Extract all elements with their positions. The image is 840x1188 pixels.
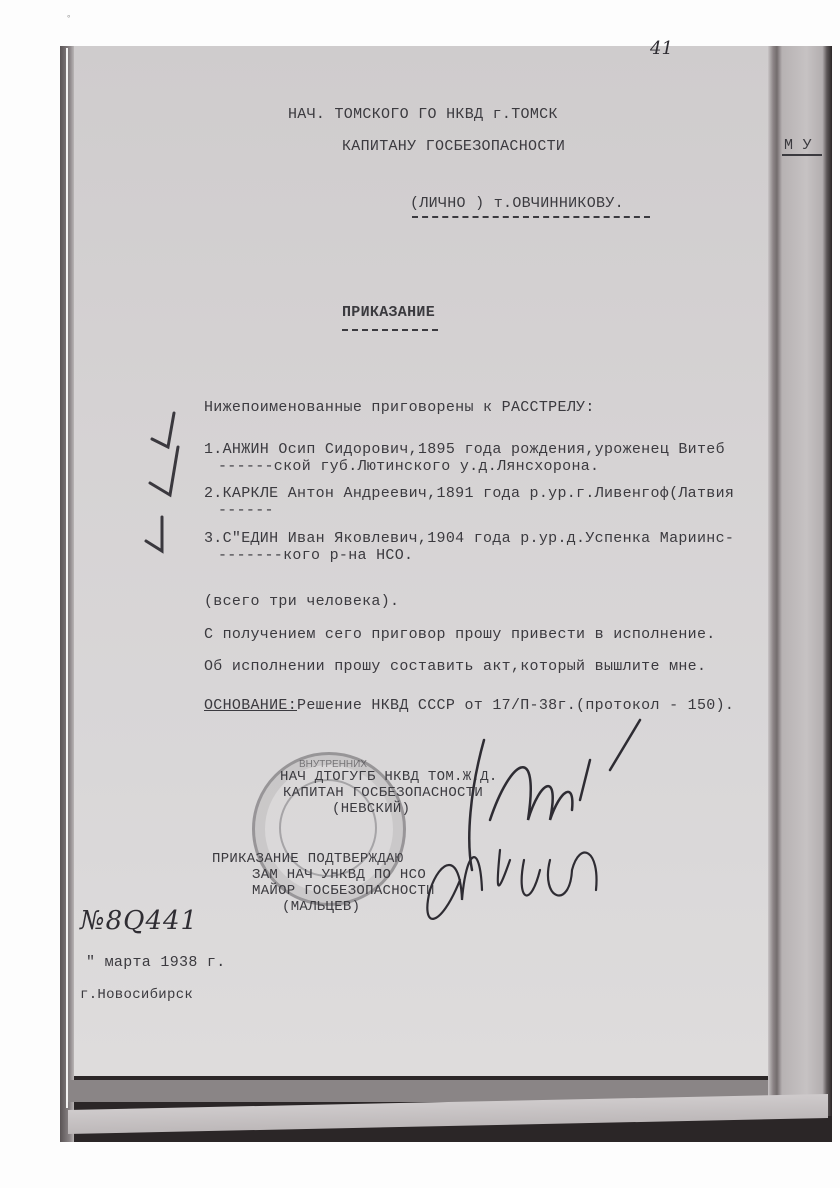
person-1-line-2: ------ской губ.Лютинского у.д.Лянсхорона…	[218, 459, 599, 474]
signatory-2-line-1: ПРИКАЗАНИЕ ПОДТВЕРЖДАЮ	[212, 852, 403, 866]
signatory-1-name: (НЕВСКИЙ)	[332, 802, 410, 816]
handwritten-signature-icon	[400, 700, 660, 940]
instruction-line-2: Об исполнении прошу составить акт,которы…	[204, 659, 706, 674]
instruction-line-1: С получением сего приговор прошу привест…	[204, 627, 716, 642]
person-3-line-1: 3.С"ЕДИН Иван Яковлевич,1904 года р.ур.д…	[204, 531, 734, 546]
person-3-line-2: -------кого р-на НСО.	[218, 548, 413, 563]
registration-number: №8Q441	[80, 906, 198, 936]
person-2-line-1: 2.КАРКЛЕ Антон Андреевич,1891 года р.ур.…	[204, 486, 734, 501]
scan-speck: °	[66, 14, 71, 24]
check-marks-icon	[140, 405, 200, 555]
title-underline	[342, 329, 438, 331]
margin-stamp-underline	[782, 154, 822, 156]
document-place: г.Новосибирск	[80, 988, 193, 1002]
person-2-line-2: ------	[218, 503, 274, 518]
header-line-2: КАПИТАНУ ГОСБЕЗОПАСНОСТИ	[342, 139, 565, 154]
header-line-1: НАЧ. ТОМСКОГО ГО НКВД г.ТОМСК	[288, 107, 558, 122]
header-underline	[412, 216, 650, 218]
page-right-edge	[768, 46, 832, 1116]
margin-stamp: М У	[784, 138, 812, 153]
intro-line: Нижепоименованные приговорены к РАССТРЕЛ…	[204, 400, 595, 415]
total-line: (всего три человека).	[204, 594, 399, 609]
header-line-3: (ЛИЧНО ) т.ОВЧИННИКОВУ.	[410, 196, 624, 211]
basis-label: ОСНОВАНИЕ:	[204, 697, 297, 714]
signatory-2-name: (МАЛЬЦЕВ)	[282, 900, 360, 914]
page-number-mark: 41	[650, 38, 673, 59]
person-1-line-1: 1.АНЖИН Осип Сидорович,1895 года рождени…	[204, 442, 725, 457]
binding-line	[66, 48, 68, 1108]
document-date: " марта 1938 г.	[86, 955, 226, 970]
document-title: ПРИКАЗАНИЕ	[342, 305, 435, 320]
